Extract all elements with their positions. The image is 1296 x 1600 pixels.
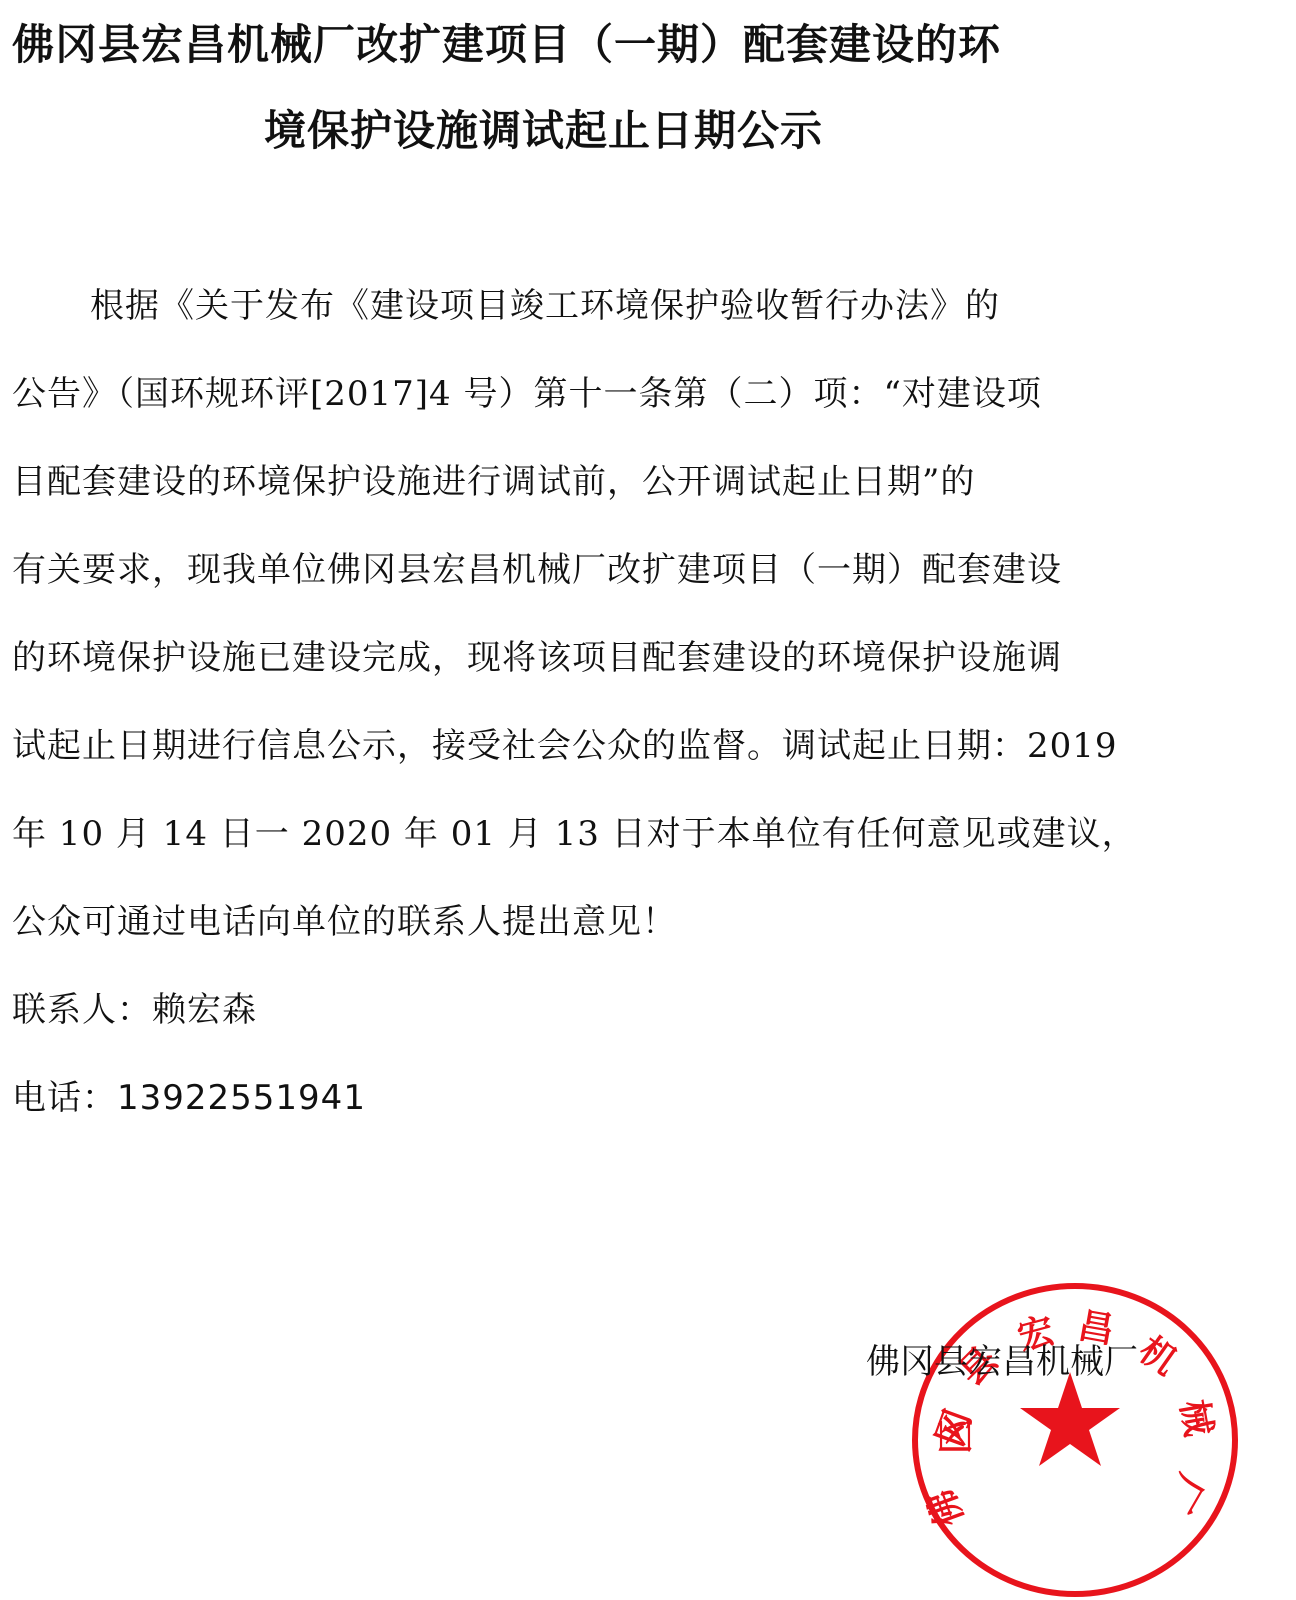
- contact-phone: 电话：13922551941: [12, 1070, 366, 1119]
- body-paragraph-line-1: 根据《关于发布《建设项目竣工环境保护验收暂行办法》的: [90, 278, 1000, 327]
- signature-company: 佛冈县宏昌机械厂: [866, 1334, 1138, 1383]
- svg-text:械: 械: [1172, 1397, 1219, 1440]
- body-paragraph-line-6: 试起止日期进行信息公示，接受社会公众的监督。调试起止日期：2019: [12, 718, 1118, 767]
- contact-person-label: 联系人：: [12, 990, 152, 1030]
- star-icon: [1020, 1372, 1120, 1466]
- official-seal-stamp: 冈 县 宏 昌 机 械 厂 佛 区: [908, 1280, 1244, 1600]
- document-title-line-2: 境保护设施调试起止日期公示: [264, 98, 823, 158]
- svg-text:厂: 厂: [1157, 1467, 1211, 1519]
- contact-phone-number: 13922551941: [117, 1078, 366, 1118]
- document-title-line-1: 佛冈县宏昌机械厂改扩建项目（一期）配套建设的环: [12, 12, 1001, 72]
- body-paragraph-line-7: 年 10 月 14 日一 2020 年 01 月 13 日对于本单位有任何意见或…: [12, 806, 1137, 855]
- body-paragraph-line-5: 的环境保护设施已建设完成，现将该项目配套建设的环境保护设施调: [12, 630, 1062, 679]
- body-paragraph-line-3: 目配套建设的环境保护设施进行调试前，公开调试起止日期”的: [12, 454, 975, 503]
- body-paragraph-line-8: 公众可通过电话向单位的联系人提出意见！: [12, 894, 677, 943]
- svg-text:佛: 佛: [921, 1484, 972, 1532]
- svg-text:区: 区: [936, 1418, 977, 1454]
- body-paragraph-line-4: 有关要求，现我单位佛冈县宏昌机械厂改扩建项目（一期）配套建设: [12, 542, 1062, 591]
- svg-text:机: 机: [1131, 1329, 1184, 1383]
- contact-person: 联系人：赖宏森: [12, 982, 257, 1031]
- contact-phone-label: 电话：: [12, 1078, 117, 1118]
- contact-person-name: 赖宏森: [152, 990, 257, 1030]
- body-paragraph-line-2: 公告》（国环规环评[2017]4 号）第十一条第（二）项：“对建设项: [12, 366, 1042, 415]
